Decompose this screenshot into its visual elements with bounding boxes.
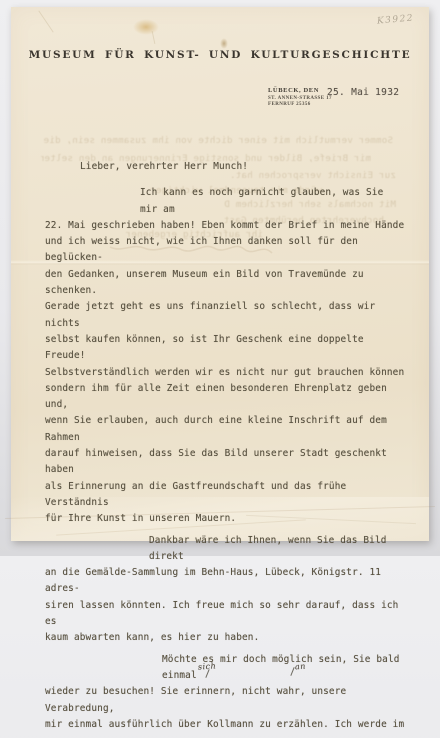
paragraph-2: Dankbar wäre ich Ihnen, wenn Sie das Bil… <box>45 533 405 556</box>
body-line: Dankbar wäre ich Ihnen, wenn Sie das Bil… <box>45 533 405 556</box>
body-line: sondern ihm für alle Zeit einen besonder… <box>45 381 405 414</box>
body-line: wenn Sie erlauben, auch durch eine klein… <box>45 413 405 446</box>
bleedthrough-ghost-line: Sommer vermutlich mit einer dichte von i… <box>41 135 393 146</box>
letterhead-address-block: LÜBECK, DEN ST. ANNEN-STRASSE 17 FERNRUF… <box>268 87 332 107</box>
body-line: als Erinnerung an die Gastfreundschaft u… <box>45 479 405 512</box>
body-line: 22. Mai geschrieben haben! Eben kommt de… <box>45 218 405 234</box>
body-line: selbst kaufen können, so ist Ihr Geschen… <box>45 332 405 365</box>
letterhead-title: MUSEUM FÜR KUNST- UND KULTURGESCHICHTE <box>11 49 429 61</box>
letter-scan-page: K3922 MUSEUM FÜR KUNST- UND KULTURGESCHI… <box>11 7 429 541</box>
typed-date: 25. Mai 1932 <box>327 87 399 98</box>
body-line: darauf hinweisen, dass Sie das Bild unse… <box>45 446 405 479</box>
paper-crease <box>38 10 53 32</box>
paper-stain <box>133 19 159 35</box>
paragraph-1: Ich kann es noch garnicht glauben, was S… <box>45 185 405 527</box>
paper-stain <box>220 38 228 49</box>
body-line: Gerade jetzt geht es uns finanziell so s… <box>45 299 405 332</box>
street-address: ST. ANNEN-STRASSE 17 <box>268 96 332 101</box>
letter-body: Lieber, verehrter Herr Munch! Ich kann e… <box>45 159 405 556</box>
body-line: den Gedanken, unserem Museum ein Bild vo… <box>45 267 405 300</box>
body-line: und ich weiss nicht, wie ich Ihnen danke… <box>45 234 405 267</box>
phone-number: FERNRUF 25356 <box>268 102 332 107</box>
body-line: Ich kann es noch garnicht glauben, was S… <box>45 185 405 218</box>
body-line: Selbstverständlich werden wir es nicht n… <box>45 365 405 381</box>
place-date-label: LÜBECK, DEN <box>268 87 332 94</box>
body-line: für Ihre Kunst in unseren Mauern. <box>45 511 405 527</box>
salutation: Lieber, verehrter Herr Munch! <box>45 159 405 175</box>
archive-number-pencil: K3922 <box>377 13 415 26</box>
